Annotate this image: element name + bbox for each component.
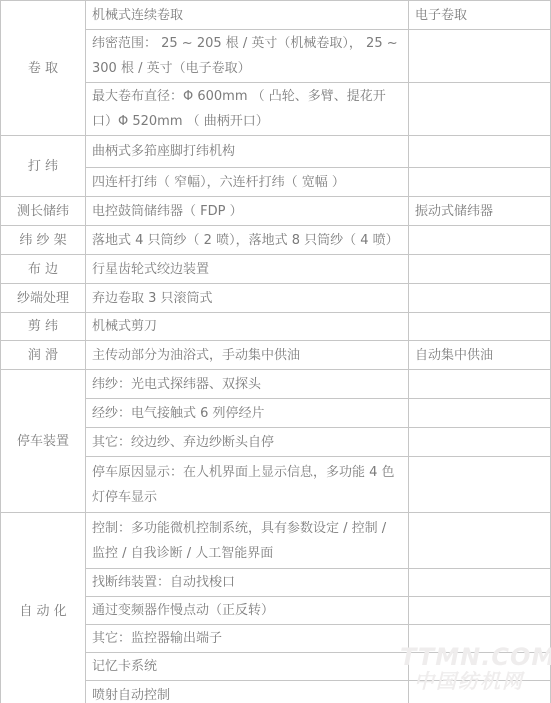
- note-cell: [409, 597, 551, 625]
- spec-cell: 停车原因显示：在人机界面上显示信息，多功能 4 色灯停车显示: [86, 457, 409, 513]
- category-stop-device: 停车装置: [1, 370, 86, 513]
- category-automation: 自 动 化: [1, 513, 86, 703]
- spec-cell: 行星齿轮式绞边装置: [86, 255, 409, 284]
- spec-cell: 曲柄式多筘座脚打纬机构: [86, 136, 409, 168]
- note-cell: [409, 625, 551, 653]
- category-weft-yarn-stand: 纬 纱 架: [1, 226, 86, 255]
- note-cell: [409, 428, 551, 457]
- spec-cell: 四连杆打纬（ 窄幅），六连杆打纬（ 宽幅 ）: [86, 168, 409, 197]
- note-cell: [409, 255, 551, 284]
- note-cell: [409, 653, 551, 681]
- note-cell: [409, 513, 551, 569]
- spec-cell: 最大卷布直径：Φ 600mm （ 凸轮、多臂、提花开口）Φ 520mm （ 曲柄…: [86, 83, 409, 136]
- spec-cell: 落地式 4 只筒纱（ 2 喷），落地式 8 只筒纱（ 4 喷）: [86, 226, 409, 255]
- spec-cell: 其它：监控器输出端子: [86, 625, 409, 653]
- category-take-up: 卷 取: [1, 1, 86, 136]
- note-cell: [409, 83, 551, 136]
- spec-cell: 机械式剪刀: [86, 313, 409, 341]
- note-cell-auto-lubrication: 自动集中供油: [409, 341, 551, 370]
- spec-page: 卷 取 机械式连续卷取 电子卷取 纬密范围： 25 ~ 205 根 / 英寸（机…: [0, 0, 551, 703]
- note-cell: [409, 681, 551, 703]
- spec-cell: 通过变频器作慢点动（正反转）: [86, 597, 409, 625]
- note-cell: [409, 226, 551, 255]
- category-lubrication: 润 滑: [1, 341, 86, 370]
- note-cell: [409, 457, 551, 513]
- category-yarn-end-treatment: 纱端处理: [1, 284, 86, 313]
- note-cell: [409, 136, 551, 168]
- spec-cell: 电控鼓筒储纬器（ FDP ）: [86, 197, 409, 226]
- spec-cell: 机械式连续卷取: [86, 1, 409, 30]
- spec-cell: 其它：绞边纱、弃边纱断头自停: [86, 428, 409, 457]
- spec-table: 卷 取 机械式连续卷取 电子卷取 纬密范围： 25 ~ 205 根 / 英寸（机…: [0, 0, 551, 703]
- spec-cell: 弃边卷取 3 只滚筒式: [86, 284, 409, 313]
- note-cell: [409, 399, 551, 428]
- spec-cell: 找断纬装置：自动找梭口: [86, 569, 409, 597]
- note-cell: [409, 569, 551, 597]
- spec-cell: 纬纱：光电式探纬器、双探头: [86, 370, 409, 399]
- category-weft-cutter: 剪 纬: [1, 313, 86, 341]
- spec-cell: 控制：多功能微机控制系统，具有参数设定 / 控制 / 监控 / 自我诊断 / 人…: [86, 513, 409, 569]
- note-cell-electronic-take-up: 电子卷取: [409, 1, 551, 30]
- category-beat-up: 打 纬: [1, 136, 86, 197]
- spec-cell: 纬密范围： 25 ~ 205 根 / 英寸（机械卷取）， 25 ~ 300 根 …: [86, 30, 409, 83]
- note-cell: [409, 30, 551, 83]
- note-cell: [409, 284, 551, 313]
- category-weft-measuring-storage: 测长储纬: [1, 197, 86, 226]
- note-cell-vibration-accumulator: 振动式储纬器: [409, 197, 551, 226]
- spec-cell: 记忆卡系统: [86, 653, 409, 681]
- note-cell: [409, 370, 551, 399]
- note-cell: [409, 313, 551, 341]
- note-cell: [409, 168, 551, 197]
- spec-cell: 主传动部分为油浴式，手动集中供油: [86, 341, 409, 370]
- spec-cell: 喷射自动控制: [86, 681, 409, 703]
- spec-cell: 经纱：电气接触式 6 列停经片: [86, 399, 409, 428]
- category-selvedge: 布 边: [1, 255, 86, 284]
